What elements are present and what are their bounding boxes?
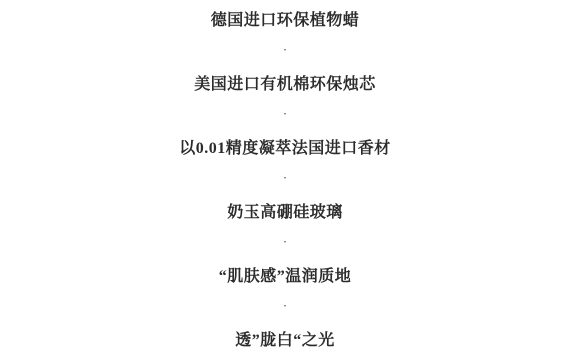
feature-line: 美国进口有机棉环保烛芯	[194, 66, 376, 98]
dot-separator: ·	[283, 226, 286, 258]
feature-line: 奶玉高硼硅玻璃	[227, 194, 343, 226]
dot-separator: ·	[283, 98, 286, 130]
dot-separator: ·	[283, 162, 286, 194]
product-description-page: 德国进口环保植物蜡 · 美国进口有机棉环保烛芯 · 以0.01精度凝萃法国进口香…	[0, 0, 570, 360]
dot-separator: ·	[283, 290, 286, 322]
dot-separator: ·	[283, 34, 286, 66]
feature-line: 透”胧白“之光	[235, 322, 335, 354]
feature-line: 德国进口环保植物蜡	[211, 2, 360, 34]
feature-line: 以0.01精度凝萃法国进口香材	[179, 130, 391, 162]
feature-line: “肌肤感”温润质地	[219, 258, 352, 290]
